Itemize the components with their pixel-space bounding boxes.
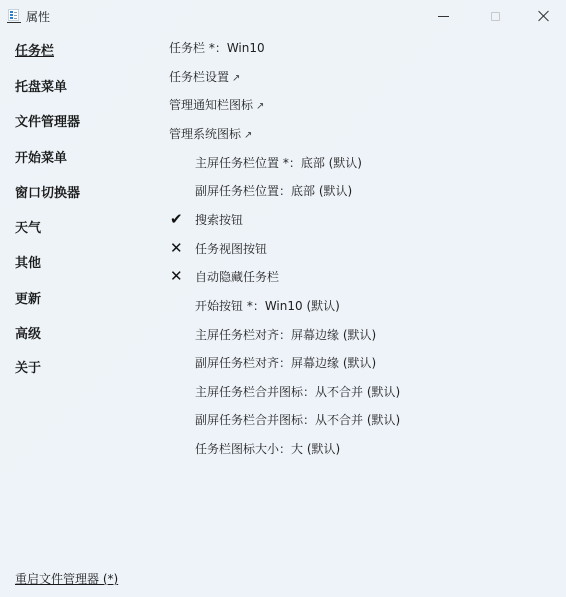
manage-system-icons-link[interactable]: 管理系统图标↗: [169, 125, 252, 142]
manage-notification-icons-link[interactable]: 管理通知栏图标↗: [169, 96, 264, 113]
window-title: 属性: [26, 8, 50, 25]
setting-taskbar-style[interactable]: 任务栏 *：Win10: [169, 39, 265, 56]
maximize-button[interactable]: [472, 0, 518, 32]
setting-start-button[interactable]: 开始按钮 *：Win10 (默认): [195, 297, 340, 314]
manage-notification-icons-label: 管理通知栏图标: [169, 98, 253, 112]
sidebar-item-taskbar[interactable]: 任务栏: [15, 40, 54, 59]
setting-primary-taskbar-position[interactable]: 主屏任务栏位置 *：底部 (默认): [195, 154, 362, 171]
restart-file-explorer-link[interactable]: 重启文件管理器 (*): [15, 570, 118, 587]
cross-icon: ✕: [170, 268, 186, 284]
setting-search-button[interactable]: 搜索按钮: [195, 211, 243, 228]
cross-icon: ✕: [170, 240, 186, 256]
setting-secondary-taskbar-position[interactable]: 副屏任务栏位置：底部 (默认): [195, 182, 352, 199]
taskbar-settings-label: 任务栏设置: [169, 70, 229, 84]
sidebar-item-start-menu[interactable]: 开始菜单: [15, 147, 67, 166]
external-link-icon: ↗: [244, 130, 252, 141]
close-icon: [538, 10, 550, 22]
setting-task-view-button[interactable]: 任务视图按钮: [195, 240, 267, 257]
external-link-icon: ↗: [256, 101, 264, 112]
setting-taskbar-icon-size[interactable]: 任务栏图标大小：大 (默认): [195, 440, 340, 457]
setting-secondary-taskbar-combine-icons[interactable]: 副屏任务栏合并图标：从不合并 (默认): [195, 411, 400, 428]
properties-app-icon: [7, 9, 21, 23]
minimize-button[interactable]: [420, 0, 466, 32]
sidebar-item-advanced[interactable]: 高级: [15, 323, 41, 342]
setting-primary-taskbar-combine-icons[interactable]: 主屏任务栏合并图标：从不合并 (默认): [195, 383, 400, 400]
close-button[interactable]: [521, 0, 566, 32]
setting-auto-hide-taskbar[interactable]: 自动隐藏任务栏: [195, 268, 279, 285]
manage-system-icons-label: 管理系统图标: [169, 127, 241, 141]
title-bar: 属性: [0, 0, 566, 32]
external-link-icon: ↗: [232, 73, 240, 84]
setting-primary-taskbar-alignment[interactable]: 主屏任务栏对齐：屏幕边缘 (默认): [195, 326, 376, 343]
minimize-icon: [438, 16, 449, 17]
sidebar-item-about[interactable]: 关于: [15, 357, 41, 376]
sidebar-item-weather[interactable]: 天气: [15, 217, 41, 236]
sidebar-item-window-switcher[interactable]: 窗口切换器: [15, 182, 80, 201]
sidebar-item-update[interactable]: 更新: [15, 288, 41, 307]
sidebar-item-other[interactable]: 其他: [15, 252, 41, 271]
maximize-icon: [491, 12, 500, 21]
taskbar-settings-link[interactable]: 任务栏设置↗: [169, 68, 240, 85]
sidebar-item-tray-menu[interactable]: 托盘菜单: [15, 76, 67, 95]
sidebar-item-file-manager[interactable]: 文件管理器: [15, 111, 80, 130]
checkmark-icon: ✔: [170, 211, 186, 227]
setting-secondary-taskbar-alignment[interactable]: 副屏任务栏对齐：屏幕边缘 (默认): [195, 354, 376, 371]
